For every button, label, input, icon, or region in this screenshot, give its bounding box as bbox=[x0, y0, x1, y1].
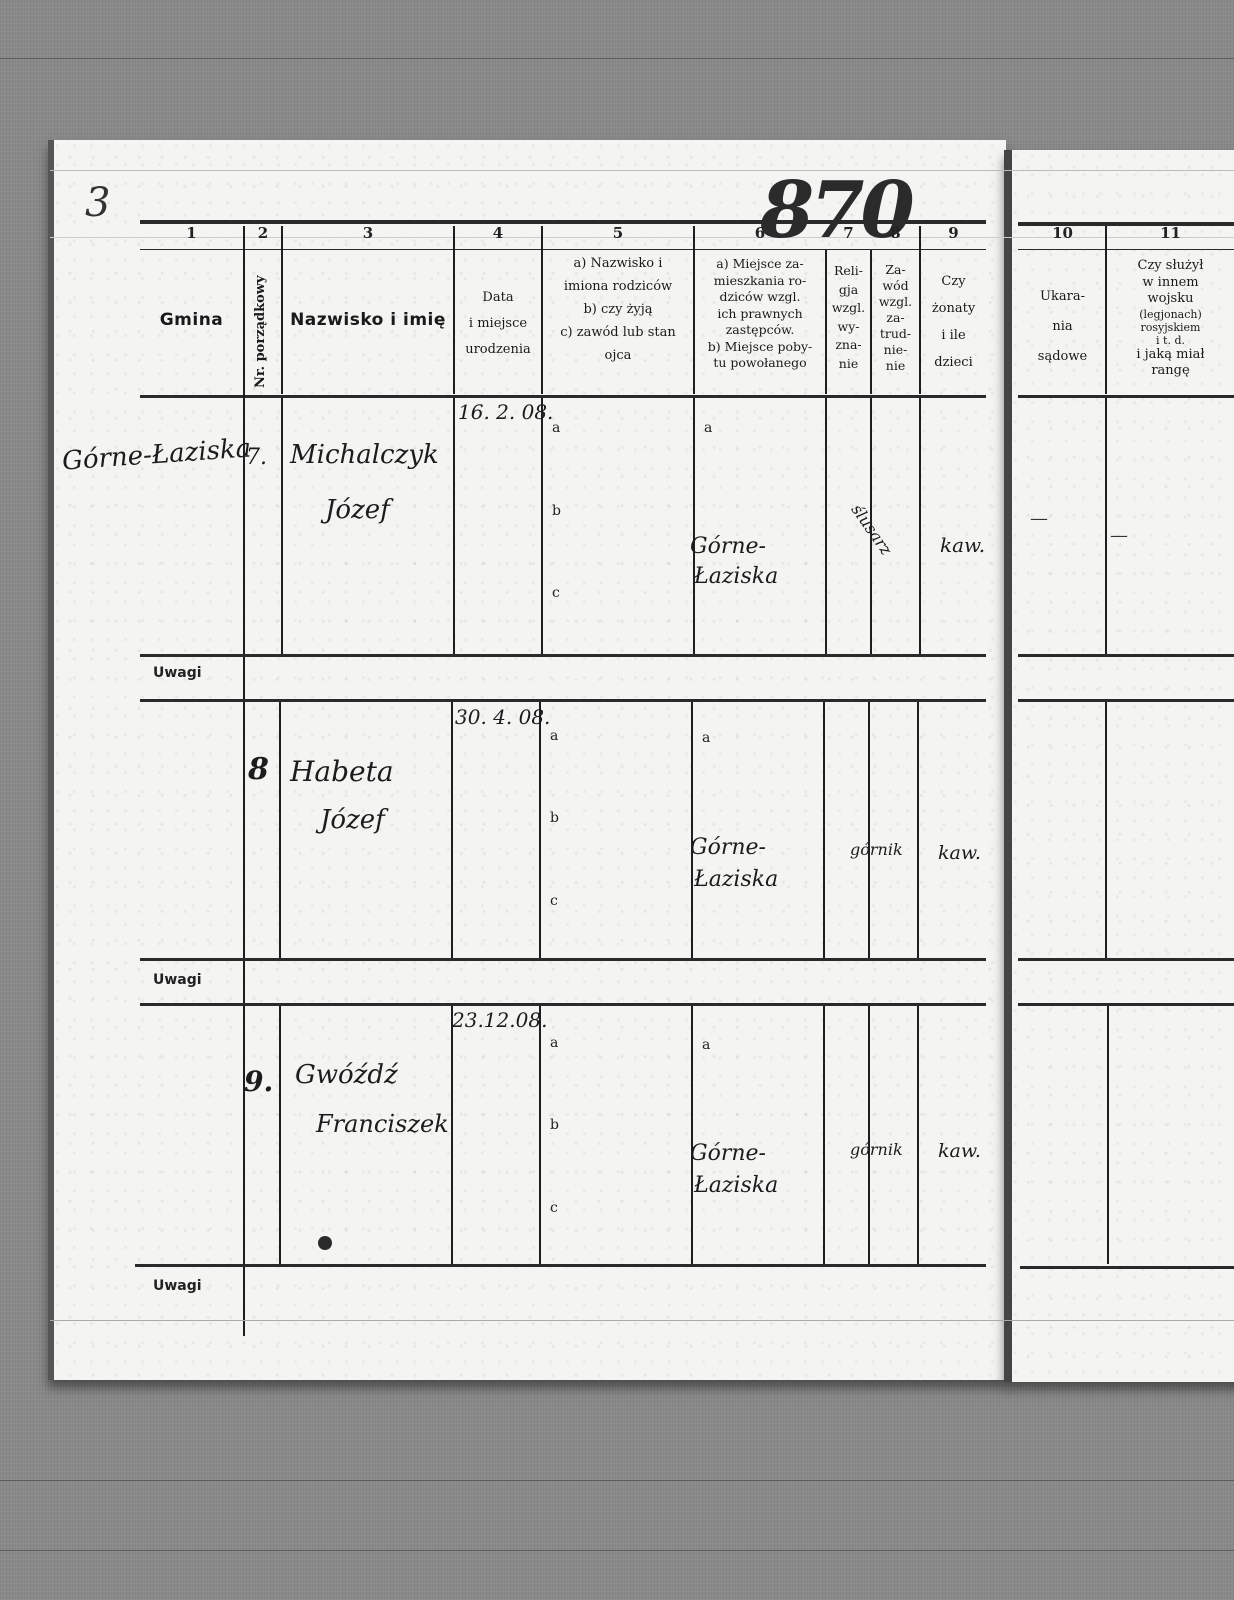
record-3-nr: 9. bbox=[244, 1065, 273, 1098]
record-2-residence-a-label: a bbox=[702, 730, 710, 746]
record-2-remarks-field[interactable] bbox=[246, 961, 986, 1003]
record-1-residence-a-label: a bbox=[704, 420, 712, 436]
record-3-parents-b-label: b bbox=[550, 1117, 559, 1133]
col-number-7: 7 bbox=[827, 224, 870, 242]
col-number-9: 9 bbox=[921, 224, 986, 242]
record-1-nr: 7. bbox=[246, 445, 267, 470]
header-zonaty: Czy żonaty i ile dzieci bbox=[921, 268, 986, 376]
record-1-remarks-label: Uwagi bbox=[153, 665, 202, 681]
col-number-11: 11 bbox=[1107, 224, 1234, 242]
record-1-sluzyl: — bbox=[1110, 525, 1128, 546]
record-2-parents-a-label: a bbox=[550, 728, 558, 744]
col-number-1: 1 bbox=[140, 224, 243, 242]
ink-blot bbox=[318, 1236, 332, 1250]
record-2-surname: Habeta bbox=[290, 755, 394, 788]
record-1-marital: kaw. bbox=[940, 533, 985, 557]
header-data-urodzenia: Data i miejsce urodzenia bbox=[455, 285, 541, 363]
col-number-5: 5 bbox=[543, 224, 693, 242]
record-1-parents-a-label: a bbox=[552, 420, 560, 436]
record-2-birth-date: 30. 4. 08. bbox=[455, 705, 550, 729]
record-1-birth-date: 16. 2. 08. bbox=[458, 400, 553, 424]
record-2-parents-c-label: c bbox=[550, 893, 558, 909]
record-3-parents-a-label: a bbox=[550, 1035, 558, 1051]
record-2-remarks-label: Uwagi bbox=[153, 972, 202, 988]
record-3-remarks-field[interactable] bbox=[246, 1268, 986, 1328]
record-2-occupation: górnik bbox=[850, 840, 903, 859]
header-nazwisko-imie: Nazwisko i imię bbox=[283, 310, 453, 331]
col-number-6: 6 bbox=[695, 224, 825, 242]
col-number-3: 3 bbox=[283, 224, 453, 242]
record-3-first-name: Franciszek bbox=[316, 1110, 449, 1138]
record-3-parents-c-label: c bbox=[550, 1200, 558, 1216]
record-1-surname: Michalczyk bbox=[290, 440, 439, 470]
col-number-10: 10 bbox=[1020, 224, 1105, 242]
record-1-remarks-field[interactable] bbox=[246, 657, 986, 699]
record-3-birth-date: 23.12.08. bbox=[452, 1008, 547, 1032]
col-number-8: 8 bbox=[872, 224, 919, 242]
header-nr-porzadkowy: Nr. porządkowy bbox=[253, 275, 268, 388]
record-2-parents-b-label: b bbox=[550, 810, 559, 826]
record-1-ukarania: — bbox=[1030, 508, 1048, 529]
record-1-residence: Górne- Łaziska bbox=[690, 532, 778, 592]
header-miejsce-zamieszkania: a) Miejsce za- mieszkania ro- dziców wzg… bbox=[695, 256, 825, 372]
scan-line bbox=[0, 1480, 1234, 1481]
col-number-4: 4 bbox=[455, 224, 541, 242]
header-rodzice: a) Nazwisko i imiona rodziców b) czy żyj… bbox=[543, 252, 693, 367]
record-3-remarks-label: Uwagi bbox=[153, 1278, 202, 1294]
header-zawod: Za- wód wzgl. za- trud- nie- nie bbox=[872, 262, 919, 374]
record-1-parents-c-label: c bbox=[552, 585, 560, 601]
record-3-residence-a-label: a bbox=[702, 1037, 710, 1053]
header-bottom-rule bbox=[140, 395, 986, 398]
header-religia: Reli- gja wzgl. wy- zna- nie bbox=[827, 262, 870, 373]
record-2-marital: kaw. bbox=[938, 842, 981, 864]
record-3-residence: Górne- Łaziska bbox=[690, 1138, 778, 1202]
record-3-marital: kaw. bbox=[938, 1140, 981, 1162]
record-2-first-name: Józef bbox=[320, 805, 385, 835]
record-2-nr: 8 bbox=[248, 752, 269, 787]
col-number-2: 2 bbox=[245, 224, 281, 242]
record-3-surname: Gwóźdź bbox=[295, 1060, 398, 1090]
scan-line bbox=[0, 1550, 1234, 1551]
header-gmina: Gmina bbox=[140, 310, 243, 331]
header-ukarania: Ukara- nia sądowe bbox=[1020, 282, 1105, 372]
scan-line bbox=[0, 58, 1234, 59]
record-1-parents-b-label: b bbox=[552, 503, 561, 519]
record-2-residence: Górne- Łaziska bbox=[690, 832, 778, 896]
record-stamp-number: 870 bbox=[760, 165, 911, 256]
header-sluzyl: Czy służył w innem wojsku (legjonach) ro… bbox=[1107, 258, 1234, 380]
record-1-first-name: Józef bbox=[325, 495, 390, 525]
page-number: 3 bbox=[85, 180, 110, 226]
record-3-occupation: górnik bbox=[850, 1140, 903, 1159]
col-divider bbox=[243, 226, 245, 1336]
